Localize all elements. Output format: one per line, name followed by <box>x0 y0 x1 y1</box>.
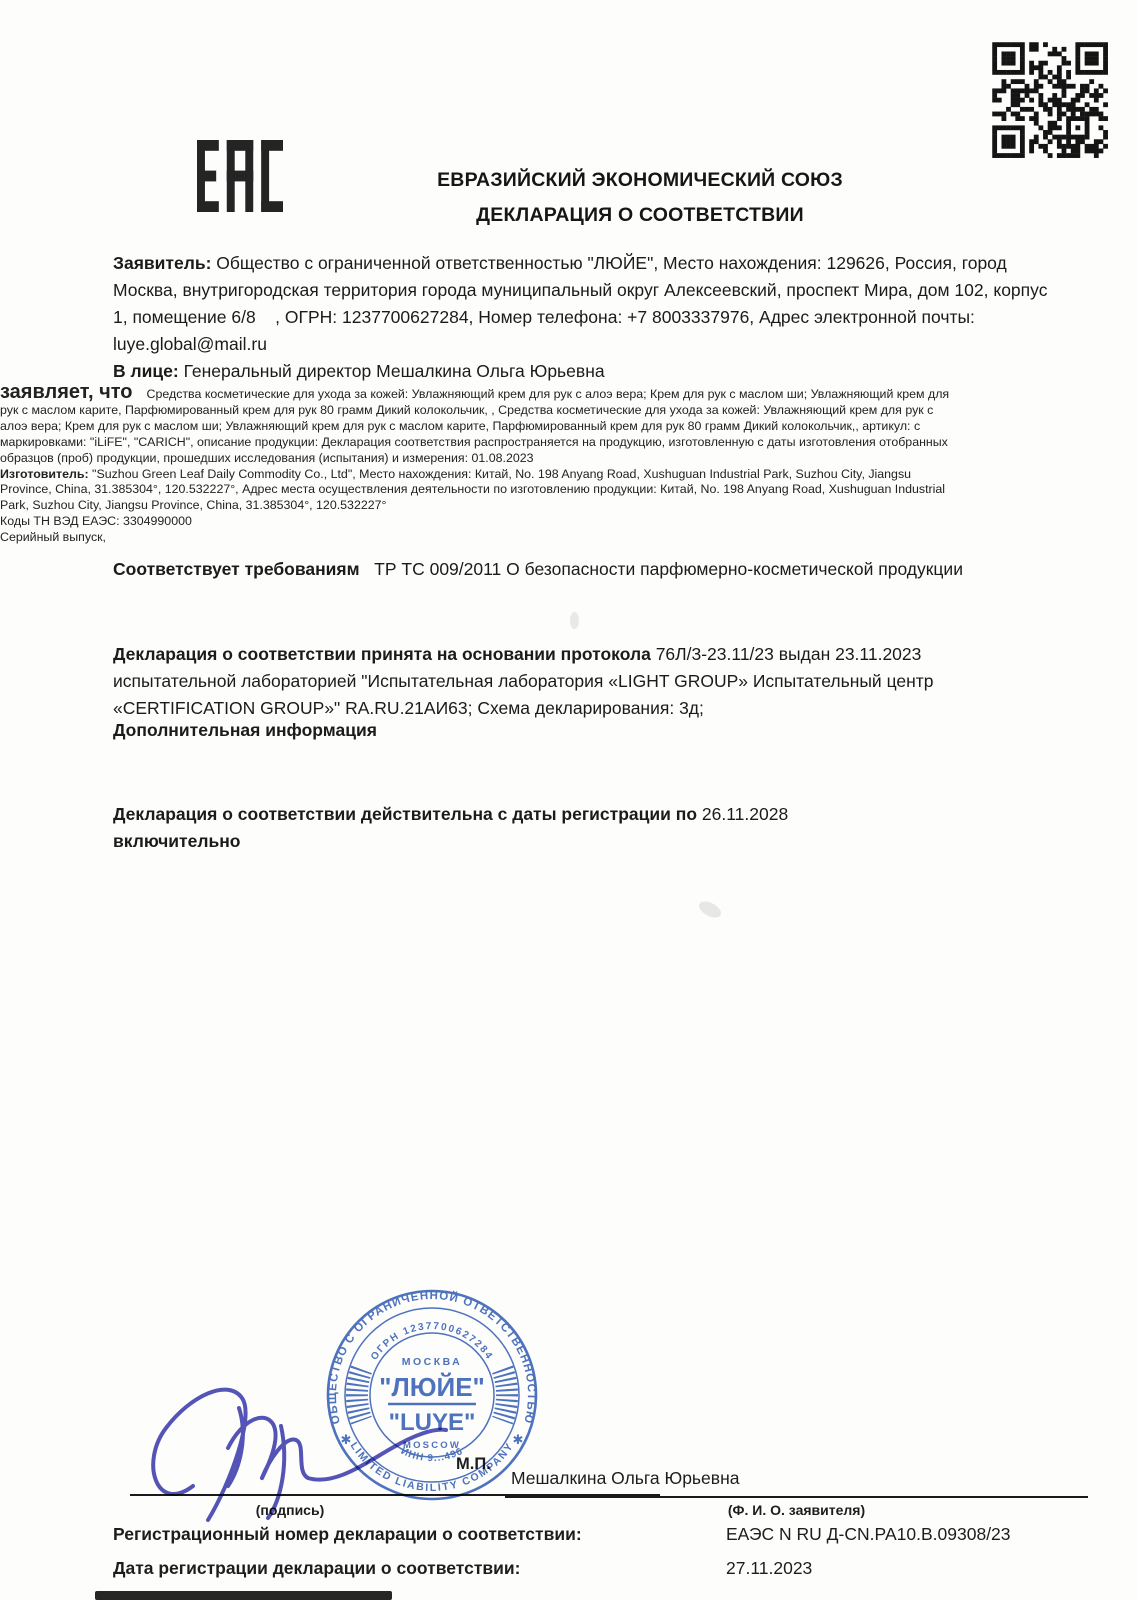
scan-artifact <box>570 612 579 629</box>
products-text: Средства косметические для ухода за коже… <box>0 387 949 465</box>
manufacturer-paragraph: Изготовитель: "Suzhou Green Leaf Daily C… <box>0 467 952 515</box>
registration-date-label: Дата регистрации декларации о соответств… <box>113 1558 521 1579</box>
manufacturer-label: Изготовитель: <box>0 467 89 481</box>
signature <box>138 1368 458 1528</box>
applicant-text: Общество с ограниченной ответственностью… <box>113 253 1047 354</box>
serial-line: Серийный выпуск, <box>0 530 952 546</box>
in-person-label: В лице: <box>113 361 179 381</box>
additional-info-label: Дополнительная информация <box>113 717 1013 744</box>
qr-code <box>983 33 1117 167</box>
manufacturer-text: "Suzhou Green Leaf Daily Commodity Co., … <box>0 467 945 513</box>
validity-paragraph: Декларация о соответствии действительна … <box>113 801 993 855</box>
in-person-line: В лице: Генеральный директор Мешалкина О… <box>113 358 1055 385</box>
declares-label: заявляет, что <box>0 381 133 403</box>
registration-date-value: 27.11.2023 <box>726 1558 812 1579</box>
tnved-line: Коды ТН ВЭД ЕАЭС: 3304990000 <box>0 514 952 530</box>
products-paragraph: заявляет, чтоСредства косметические для … <box>0 382 952 467</box>
scan-edge-bar <box>95 1591 392 1600</box>
declaration-block: заявляет, чтоСредства косметические для … <box>0 382 952 546</box>
conformity-text: ТР ТС 009/2011 О безопасности парфюмерно… <box>360 559 963 579</box>
applicant-paragraph: Заявитель: Общество с ограниченной ответ… <box>113 250 1055 385</box>
registration-number-value: ЕАЭС N RU Д-CN.РА10.В.09308/23 <box>726 1524 1011 1545</box>
validity-label: Декларация о соответствии действительна … <box>113 804 697 824</box>
validity-date: 26.11.2028 <box>697 804 788 824</box>
union-title: ЕВРАЗИЙСКИЙ ЭКОНОМИЧЕСКИЙ СОЮЗ <box>170 169 1110 192</box>
conformity-paragraph: Соответствует требованиям ТР ТС 009/2011… <box>113 556 993 583</box>
stamp-star-right: ✱ <box>513 1432 524 1447</box>
fio-caption: (Ф. И. О. заявителя) <box>505 1502 1088 1518</box>
in-person-text: Генеральный директор Мешалкина Ольга Юрь… <box>179 361 605 381</box>
basis-label: Декларация о соответствии принята на осн… <box>113 644 651 664</box>
validity-suffix: включительно <box>113 831 240 851</box>
scan-artifact <box>696 898 723 921</box>
signature-graphic <box>138 1368 458 1523</box>
fio-line <box>505 1496 1088 1498</box>
applicant-label: Заявитель: <box>113 253 211 273</box>
mp-mark: М.П. <box>456 1455 491 1474</box>
applicant-fio: Мешалкина Ольга Юрьевна <box>511 1468 739 1489</box>
stamp-city-ru: МОСКВА <box>402 1356 463 1368</box>
page-title: ДЕКЛАРАЦИЯ О СООТВЕТСТВИИ <box>170 204 1110 227</box>
conformity-label: Соответствует требованиям <box>113 559 360 579</box>
basis-paragraph: Декларация о соответствии принята на осн… <box>113 641 1018 722</box>
stamp-hatch-right <box>503 1369 508 1420</box>
